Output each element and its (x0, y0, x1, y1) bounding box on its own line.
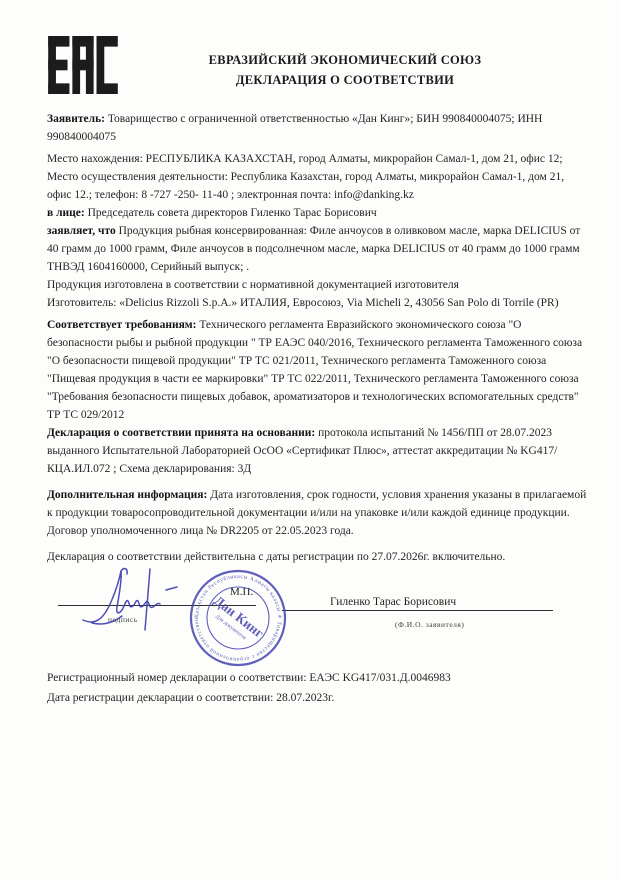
additional-info-label: Дополнительная информация: (47, 489, 207, 501)
title-union: ЕВРАЗИЙСКИЙ ЭКОНОМИЧЕСКИЙ СОЮЗ (120, 50, 570, 70)
declares-text: Продукция рыбная консервированная: Филе … (47, 225, 580, 273)
produced-paragraph: Продукция изготовлена в соответствии с н… (47, 276, 587, 294)
signature-area: подпись М.П. Гиленко Тарас Борисович (Ф.… (47, 566, 587, 662)
conforms-paragraph: Соответствует требованиям: Технического … (47, 316, 587, 424)
represented-paragraph: в лице: Председатель совета директоров Г… (47, 204, 587, 222)
produced-text: Продукция изготовлена в соответствии с н… (47, 279, 459, 291)
conforms-text: Технического регламента Евразийского эко… (47, 319, 582, 421)
address-text: Место нахождения: РЕСПУБЛИКА КАЗАХСТАН, … (47, 153, 564, 201)
applicant-fullname: Гиленко Тарас Борисович (330, 593, 456, 611)
basis-paragraph: Декларация о соответствии принята на осн… (47, 424, 587, 478)
declares-paragraph: заявляет, что Продукция рыбная консервир… (47, 222, 587, 276)
represented-text: Председатель совета директоров Гиленко Т… (88, 207, 377, 219)
applicant-label: Заявитель: (47, 113, 105, 125)
registration-date-text: Дата регистрации декларации о соответств… (47, 692, 334, 704)
declares-label: заявляет, что (47, 225, 116, 237)
validity-paragraph: Декларация о соответствии действительна … (47, 548, 587, 566)
registration-number: Регистрационный номер декларации о соотв… (47, 668, 587, 688)
declaration-document: ЕВРАЗИЙСКИЙ ЭКОНОМИЧЕСКИЙ СОЮЗ ДЕКЛАРАЦИ… (0, 0, 620, 880)
conforms-label: Соответствует требованиям: (47, 319, 196, 331)
manufacturer-text: Изготовитель: «Delicius Rizzoli S.p.A.» … (47, 297, 559, 309)
document-title: ЕВРАЗИЙСКИЙ ЭКОНОМИЧЕСКИЙ СОЮЗ ДЕКЛАРАЦИ… (120, 50, 570, 90)
applicant-paragraph: Заявитель: Товарищество с ограниченной о… (47, 110, 587, 146)
eac-mark-icon (47, 36, 119, 94)
fio-caption: (Ф.И.О. заявителя) (395, 616, 464, 634)
manufacturer-paragraph: Изготовитель: «Delicius Rizzoli S.p.A.» … (47, 294, 587, 312)
handwritten-signature (80, 566, 192, 634)
fio-line (282, 610, 553, 611)
basis-label: Декларация о соответствии принята на осн… (47, 427, 315, 439)
additional-info-paragraph: Дополнительная информация: Дата изготовл… (47, 486, 587, 540)
title-declaration: ДЕКЛАРАЦИЯ О СООТВЕТСТВИИ (120, 70, 570, 90)
company-stamp: Қазақстан Республикасы Алматы қаласы ✳ Т… (183, 563, 293, 673)
represented-label: в лице: (47, 207, 85, 219)
document-body: Заявитель: Товарищество с ограниченной о… (47, 110, 587, 708)
address-paragraph: Место нахождения: РЕСПУБЛИКА КАЗАХСТАН, … (47, 150, 587, 204)
registration-date: Дата регистрации декларации о соответств… (47, 688, 587, 708)
registration-number-text: Регистрационный номер декларации о соотв… (47, 672, 451, 684)
applicant-text: Товарищество с ограниченной ответственно… (47, 113, 542, 143)
validity-text: Декларация о соответствии действительна … (47, 551, 505, 563)
